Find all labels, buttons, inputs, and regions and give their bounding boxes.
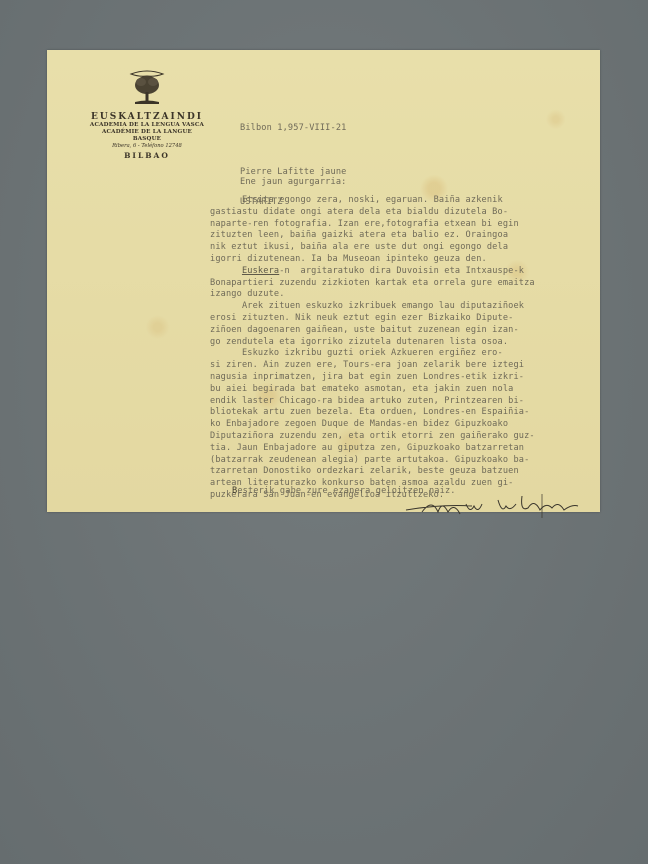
oak-tree-emblem-icon bbox=[125, 68, 169, 108]
body-line: Arek zituen eskuzko izkribuek emango lau… bbox=[210, 301, 535, 313]
handwritten-signature bbox=[402, 490, 592, 520]
letterhead-line-es: ACADEMIA DE LA LENGUA VASCA bbox=[87, 122, 207, 129]
letterhead-address: Ribera, 6 - Teléfono 12748 bbox=[87, 143, 207, 150]
letterhead: EUSKALTZAINDI ACADEMIA DE LA LENGUA VASC… bbox=[87, 68, 207, 160]
letter-sheet: EUSKALTZAINDI ACADEMIA DE LA LENGUA VASC… bbox=[47, 50, 600, 512]
body-line: tzarretan Donostiko ordezkari zelarik, b… bbox=[210, 466, 535, 478]
letter-date: Bilbon 1,957-VIII-21 bbox=[240, 123, 346, 133]
body-line: tia. Jaun Enbajadore au giputza zen, Gip… bbox=[210, 443, 535, 455]
salutation: Ene jaun agurgarria: bbox=[240, 177, 346, 187]
body-line: Etsita egongo zera, noski, egaruan. Baiñ… bbox=[210, 195, 535, 207]
body-line: (batzarrak zeudenean alegia) parte artut… bbox=[210, 455, 535, 467]
body-line: Bonapartieri zuzendu zizkioten kartak et… bbox=[210, 278, 535, 290]
body-line: gastiastu didate ongi atera dela eta bia… bbox=[210, 207, 535, 219]
letterhead-name: EUSKALTZAINDI bbox=[87, 112, 207, 122]
body-line: Diputaziñora zuzendu zen, eta ortik etor… bbox=[210, 431, 535, 443]
body-line: nagusia inprimatzen, jira bat egin zuen … bbox=[210, 372, 535, 384]
body-line: Euskera-n argitaratuko dira Duvoisin eta… bbox=[210, 266, 535, 278]
body-line: erosi zituzten. Nik neuk eztut egin ezer… bbox=[210, 313, 535, 325]
body-line: ko Enbajadore zegoen Duque de Mandas-en … bbox=[210, 419, 535, 431]
body-line: endik laster Chicago-ra bidea artuko zut… bbox=[210, 396, 535, 408]
body-line: ziñoen dagoenaren gaiñean, uste baitut z… bbox=[210, 325, 535, 337]
letterhead-line-fr: ACADÉMIE DE LA LANGUE BASQUE bbox=[87, 129, 207, 143]
body-line: go zendutela eta igorriko zizutela duten… bbox=[210, 337, 535, 349]
letterhead-city: BILBAO bbox=[87, 151, 207, 160]
body-line: zituzten leen, baiña gaizki atera eta ba… bbox=[210, 230, 535, 242]
body-line: si ziren. Ain zuzen ere, Tours-era joan … bbox=[210, 360, 535, 372]
body-line: bliotekak artu zuen bezela. Eta orduen, … bbox=[210, 407, 535, 419]
recipient-name: Pierre Lafitte jaune bbox=[240, 167, 346, 177]
body-line: nik eztut ikusi, baiña ala ere uste dut … bbox=[210, 242, 535, 254]
body-line: izango duzute. bbox=[210, 289, 535, 301]
body-line: Eskuzko izkribu guzti oriek Azkueren erg… bbox=[210, 348, 535, 360]
body-line: bu aiei begirada bat emateko asmotan, et… bbox=[210, 384, 535, 396]
body-line: naparte-ren fotografia. Izan ere,fotogra… bbox=[210, 219, 535, 231]
body-line: igorri dizutenean. Ia ba Museoan ipintek… bbox=[210, 254, 535, 266]
letter-body: Etsita egongo zera, noski, egaruan. Baiñ… bbox=[210, 195, 535, 502]
